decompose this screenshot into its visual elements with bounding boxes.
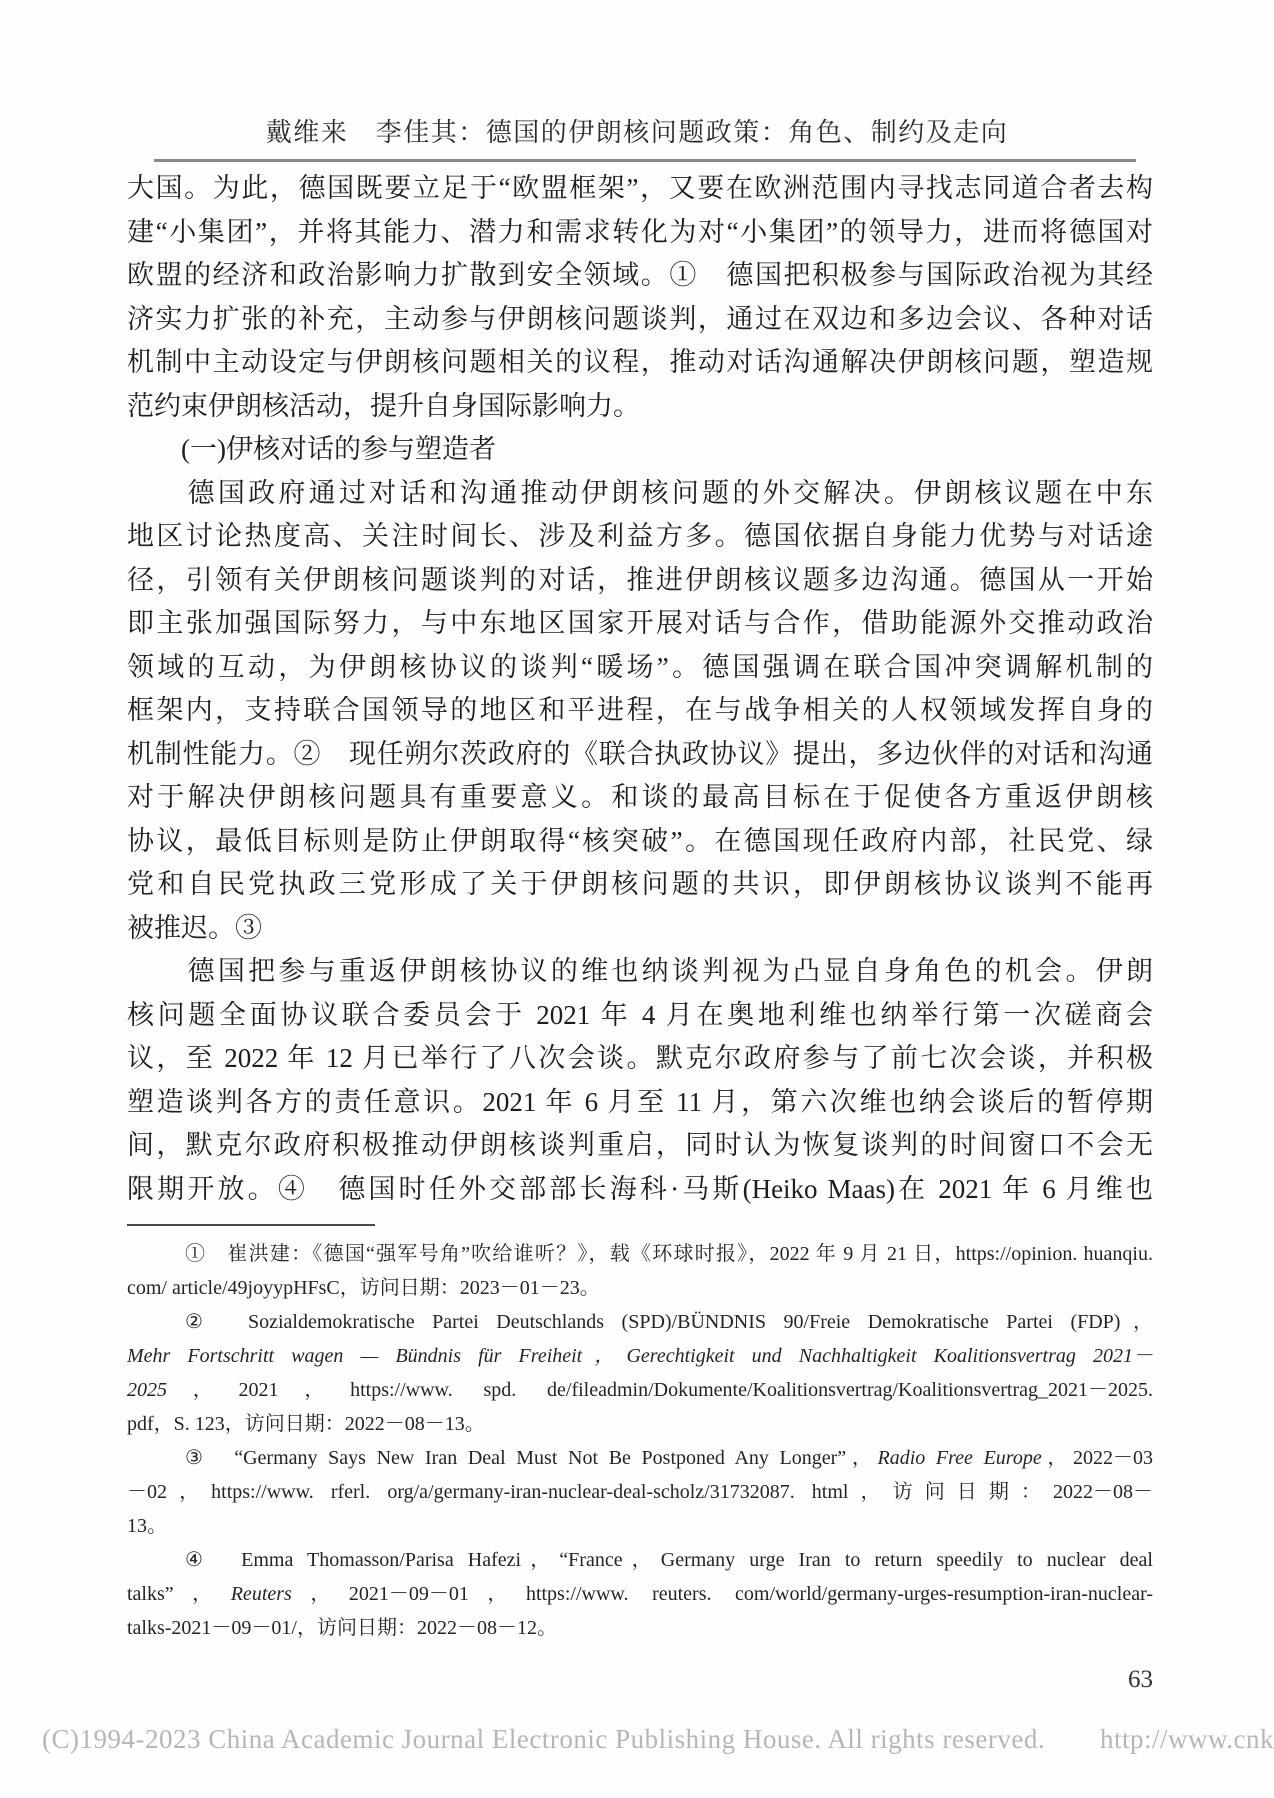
body-line: 径，引领有关伊朗核问题谈判的对话，推进伊朗核议题多边沟通。德国从一开始 <box>127 559 1153 603</box>
footnote-line: ③ “Germany Says New Iran Deal Must Not B… <box>127 1441 1153 1475</box>
body-line: 被推迟。③ <box>127 907 1153 951</box>
watermark-url: http://www.cnki. <box>1100 1724 1274 1755</box>
body-line: 范约束伊朗核活动，提升自身国际影响力。 <box>127 385 1153 429</box>
body-line: 领域的互动，为伊朗核协议的谈判“暖场”。德国强调在联合国冲突调解机制的 <box>127 646 1153 690</box>
footnote-line: ④ Emma Thomasson/Parisa Hafezi，“France，G… <box>127 1543 1153 1577</box>
section-subtitle: (一)伊核对话的参与塑造者 <box>127 428 1153 472</box>
body-line: 机制性能力。② 现任朔尔茨政府的《联合执政协议》提出，多边伙伴的对话和沟通 <box>127 733 1153 777</box>
footnote-source-italic: Reuters <box>231 1583 292 1605</box>
footnote-line: ② Sozialdemokratische Partei Deutschland… <box>127 1305 1153 1339</box>
footnote-text: ③ “Germany Says New Iran Deal Must Not B… <box>185 1447 877 1469</box>
page-header-running-title: 戴维来 李佳其：德国的伊朗核问题政策：角色、制约及走向 <box>0 112 1274 149</box>
footnote-line: 13。 <box>127 1509 1153 1543</box>
body-line: 协议，最低目标则是防止伊朗取得“核突破”。在德国现任政府内部，社民党、绿 <box>127 820 1153 864</box>
footnote-separator-rule <box>127 1224 375 1226</box>
body-line: 大国。为此，德国既要立足于“欧盟框架”，又要在欧洲范围内寻找志同道合者去构 <box>127 167 1153 211</box>
footnote-line: ① 崔洪建：《德国“强军号角”吹给谁听？》，载《环球时报》，2022 年 9 月… <box>127 1237 1153 1271</box>
page-content: 大国。为此，德国既要立足于“欧盟框架”，又要在欧洲范围内寻找志同道合者去构 建“… <box>127 167 1153 1694</box>
footnote-source-italic: Radio Free Europe <box>877 1447 1041 1469</box>
body-line: 建“小集团”，并将其能力、潜力和需求转化为对“小集团”的领导力，进而将德国对 <box>127 211 1153 255</box>
body-line: 即主张加强国际努力，与中东地区国家开展对话与合作，借助能源外交推动政治 <box>127 602 1153 646</box>
footnotes-block: ① 崔洪建：《德国“强军号角”吹给谁听？》，载《环球时报》，2022 年 9 月… <box>127 1237 1153 1645</box>
footnote-line: pdf，S. 123，访问日期：2022－08－13。 <box>127 1407 1153 1441</box>
body-line: 党和自民党执政三党形成了关于伊朗核问题的共识，即伊朗核协议谈判不能再 <box>127 863 1153 907</box>
body-line: 间，默克尔政府积极推动伊朗核谈判重启，同时认为恢复谈判的时间窗口不会无 <box>127 1124 1153 1168</box>
copyright-watermark: (C)1994-2023 China Academic Journal Elec… <box>42 1724 1045 1755</box>
journal-page: 戴维来 李佳其：德国的伊朗核问题政策：角色、制约及走向 大国。为此，德国既要立足… <box>0 0 1274 1798</box>
footnote-text: ，2022－03 <box>1042 1447 1153 1469</box>
footnote-line: com/ article/49joyypHFsC，访问日期：2023－01－23… <box>127 1271 1153 1305</box>
body-line: 议，至 2022 年 12 月已举行了八次会谈。默克尔政府参与了前七次会谈，并积… <box>127 1037 1153 1081</box>
footnote-line: talks”，Reuters，2021－09－01，https://www. r… <box>127 1577 1153 1611</box>
body-line: 济实力扩张的补充，主动参与伊朗核问题谈判，通过在双边和多边会议、各种对话 <box>127 298 1153 342</box>
footnote-line: －02，https://www. rferl. org/a/germany-ir… <box>127 1475 1153 1509</box>
body-line: 核问题全面协议联合委员会于 2021 年 4 月在奥地利维也纳举行第一次磋商会 <box>127 994 1153 1038</box>
header-divider-rule <box>154 159 1136 162</box>
body-line: 德国把参与重返伊朗核协议的维也纳谈判视为凸显自身角色的机会。伊朗 <box>127 950 1153 994</box>
body-line: 对于解决伊朗核问题具有重要意义。和谈的最高目标在于促使各方重返伊朗核 <box>127 776 1153 820</box>
footnote-text: ，2021，https://www. spd. de/fileadmin/Dok… <box>167 1379 1153 1401</box>
body-line: 德国政府通过对话和沟通推动伊朗核问题的外交解决。伊朗核议题在中东 <box>127 472 1153 516</box>
body-line: 欧盟的经济和政治影响力扩散到安全领域。① 德国把积极参与国际政治视为其经 <box>127 254 1153 298</box>
footnote-line: 2025，2021，https://www. spd. de/fileadmin… <box>127 1373 1153 1407</box>
body-line: 限期开放。④ 德国时任外交部部长海科·马斯(Heiko Maas)在 2021 … <box>127 1168 1153 1212</box>
page-number: 63 <box>127 1666 1153 1694</box>
footnote-source-italic: 2025 <box>127 1379 167 1401</box>
body-line: 地区讨论热度高、关注时间长、涉及利益方多。德国依据自身能力优势与对话途 <box>127 515 1153 559</box>
body-line: 塑造谈判各方的责任意识。2021 年 6 月至 11 月，第六次维也纳会谈后的暂… <box>127 1081 1153 1125</box>
footnote-text: talks”， <box>127 1583 231 1605</box>
body-line: 机制中主动设定与伊朗核问题相关的议程，推动对话沟通解决伊朗核问题，塑造规 <box>127 341 1153 385</box>
footnote-line: talks-2021－09－01/，访问日期：2022－08－12。 <box>127 1611 1153 1645</box>
footnote-text: ，2021－09－01，https://www. reuters. com/wo… <box>292 1583 1153 1605</box>
footnote-line: Mehr Fortschritt wagen — Bündnis für Fre… <box>127 1339 1153 1373</box>
body-line: 框架内，支持联合国领导的地区和平进程，在与战争相关的人权领域发挥自身的 <box>127 689 1153 733</box>
